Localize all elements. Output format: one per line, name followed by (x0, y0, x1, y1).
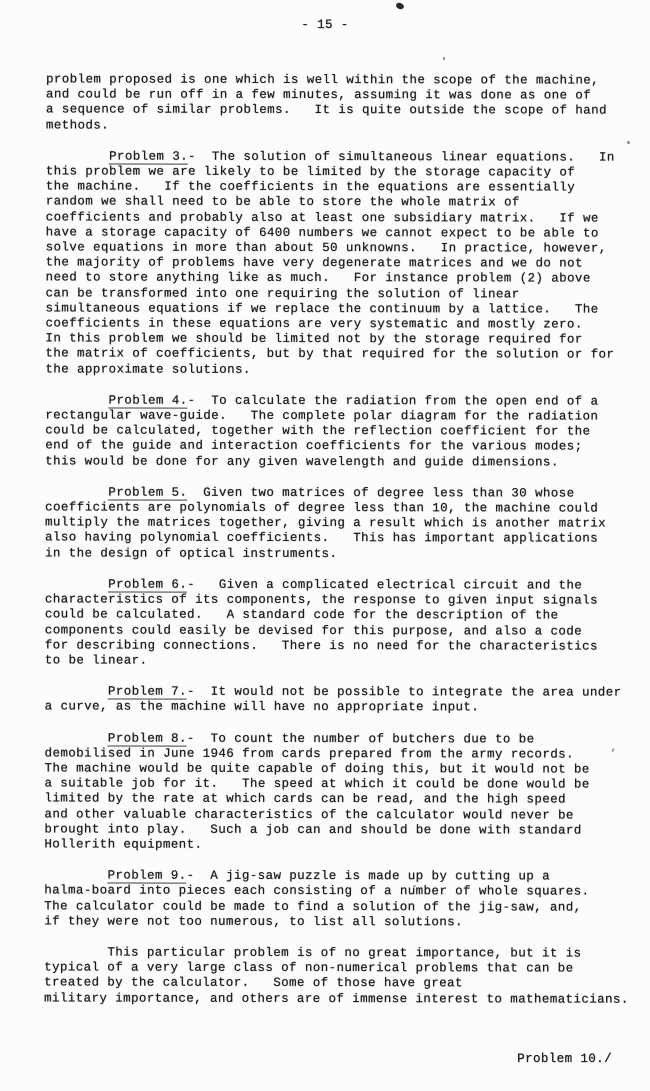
ink-speck (443, 57, 445, 60)
problem-heading: Problem 8. (108, 731, 187, 746)
text-line: solve equations in more than about 50 un… (46, 240, 633, 256)
paragraph: Problem 4.- To calculate the radiation f… (45, 393, 632, 470)
text-line: Problem 3.- The solution of simultaneous… (46, 149, 633, 165)
text-line: a curve, as the machine will have no app… (45, 700, 632, 716)
document-page: - 15 - problem proposed is one which is … (0, 0, 650, 1091)
problem-heading: Problem 4. (108, 393, 187, 408)
text-line: for describing connections. There is no … (45, 638, 632, 654)
text-line: The calculator could be made to find a s… (44, 899, 631, 915)
text-line: treated by the calculator. Some of those… (44, 976, 631, 992)
paragraph: Problem 5. Given two matrices of degree … (45, 485, 632, 562)
text-line: Problem 5. Given two matrices of degree … (45, 485, 632, 501)
paragraph: problem proposed is one which is well wi… (46, 72, 633, 134)
text-line: This particular problem is of no great i… (44, 945, 631, 961)
text-line: coefficients in these equations are very… (45, 316, 632, 332)
text-line: to be linear. (45, 653, 632, 669)
text-line: demobilised in June 1946 from cards prep… (45, 746, 632, 762)
problem-heading: Problem 7. (108, 685, 187, 700)
problem-heading: Problem 3. (109, 149, 188, 164)
text-line: also having polynomial coefficients. Thi… (45, 531, 632, 547)
text-line: components could easily be devised for t… (45, 623, 632, 639)
text-line: end of the guide and interaction coeffic… (45, 439, 632, 455)
text-line: The machine would be quite capable of do… (45, 761, 632, 777)
text-line: this would be done for any given wavelen… (45, 454, 632, 470)
text-line: have a storage capacity of 6400 numbers … (46, 225, 633, 241)
text-line: can be transformed into one requiring th… (45, 286, 632, 302)
paragraph: Problem 9.- A jig-saw puzzle is made up … (44, 869, 631, 931)
problem-heading: Problem 6. (108, 577, 187, 592)
text-line: need to store anything like as much. For… (46, 271, 633, 287)
text-line: problem proposed is one which is well wi… (46, 72, 633, 88)
text-line: multiply the matrices together, giving a… (45, 516, 632, 532)
text-line: Problem 6.- Given a complicated electric… (45, 577, 632, 593)
text-line: rectangular wave-guide. The complete pol… (45, 408, 632, 424)
text-line: typical of a very large class of non-num… (44, 961, 631, 977)
paragraph: Problem 6.- Given a complicated electric… (45, 577, 632, 669)
text-line: random we shall need to be able to store… (46, 195, 633, 211)
text-line: and could be run off in a few minutes, a… (46, 88, 633, 104)
text-line: the approximate solutions. (45, 362, 632, 378)
text-body: problem proposed is one which is well wi… (44, 72, 633, 1007)
problem-heading: Problem 9. (107, 869, 186, 884)
problem-heading: Problem 5. (108, 485, 187, 500)
text-line: Problem 9.- A jig-saw puzzle is made up … (44, 869, 631, 885)
text-line: halma-board into pieces each consisting … (44, 884, 631, 900)
text-line: if they were not too numerous, to list a… (44, 914, 631, 930)
text-line: and other valuable characteristics of th… (44, 807, 631, 823)
text-line: could be calculated, together with the r… (45, 424, 632, 440)
text-line: Problem 7.- It would not be possible to … (45, 684, 632, 700)
text-line: brought into play. Such a job can and sh… (44, 822, 631, 838)
text-line: could be calculated. A standard code for… (45, 608, 632, 624)
text-line: in the design of optical instruments. (45, 546, 632, 562)
catchword: Problem 10./ (517, 1052, 612, 1067)
text-line: a sequence of similar problems. It is qu… (46, 103, 633, 119)
text-line: this problem we are likely to be limited… (46, 164, 633, 180)
paragraph: This particular problem is of no great i… (44, 945, 631, 1007)
text-line: the matrix of coefficients, but by that … (45, 347, 632, 363)
text-line: In this problem we should be limited not… (45, 332, 632, 348)
text-line: limited by the rate at which cards can b… (44, 792, 631, 808)
text-line: Hollerith equipment. (44, 837, 631, 853)
text-line: military importance, and others are of i… (44, 991, 631, 1007)
paragraph: Problem 3.- The solution of simultaneous… (45, 149, 632, 378)
text-line: Problem 8.- To count the number of butch… (45, 731, 632, 747)
text-line: the machine. If the coefficients in the … (46, 180, 633, 196)
text-line: methods. (46, 118, 633, 134)
text-line: simultaneous equations if we replace the… (45, 301, 632, 317)
page-number: - 15 - (0, 18, 650, 33)
text-line: coefficients are polynomials of degree l… (45, 500, 632, 516)
text-line: Problem 4.- To calculate the radiation f… (45, 393, 632, 409)
text-line: coefficients and probably also at least … (46, 210, 633, 226)
paragraph: Problem 8.- To count the number of butch… (44, 731, 631, 854)
text-line: characteristics of its components, the r… (45, 592, 632, 608)
paragraph: Problem 7.- It would not be possible to … (45, 684, 632, 716)
ink-speck (395, 2, 405, 10)
text-line: a suitable job for it. The speed at whic… (44, 777, 631, 793)
text-line: the majority of problems have very degen… (46, 256, 633, 272)
